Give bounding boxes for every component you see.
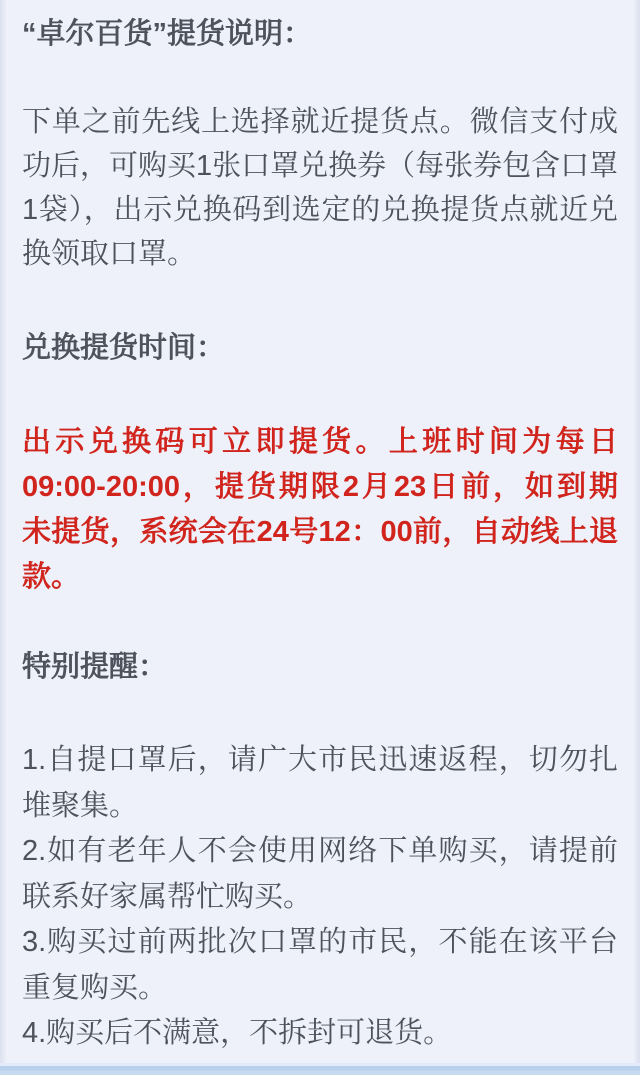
intro-paragraph: 下单之前先线上选择就近提货点。微信支付成 功后，可购买1张口罩兑换券（每张券包含… [22,100,618,276]
special-notes-list: 1.自提口罩后，请广大市民迅速返程，切勿扎 堆聚集。 2.如有老年人不会使用网络… [22,738,618,1057]
highlight-text-line: 未提货，系统会在24号12：00前，自动线上退 [22,510,618,555]
highlight-text-line: 款。 [22,555,618,600]
bottom-divider [0,1063,640,1075]
highlight-text-line: 出示兑换码可立即提货。上班时间为每日 [22,420,618,465]
text-line: 换领取口罩。 [22,232,618,276]
note-item-1: 1.自提口罩后，请广大市民迅速返程，切勿扎 堆聚集。 [22,738,618,829]
page-title: “卓尔百货”提货说明： [22,12,618,56]
highlight-text-line: 09:00-20:00，提货期限2月23日前，如到期 [22,465,618,510]
text-line: 下单之前先线上选择就近提货点。微信支付成 [22,100,618,144]
note-item-4: 4.购买后不满意，不拆封可退货。 [22,1011,618,1057]
text-line: 重复购买。 [22,966,618,1012]
special-notes-heading: 特别提醒： [22,645,618,689]
text-line: 2.如有老年人不会使用网络下单购买，请提前 [22,829,618,875]
text-line: 1.自提口罩后，请广大市民迅速返程，切勿扎 [22,738,618,784]
text-line: 4.购买后不满意，不拆封可退货。 [22,1011,618,1057]
text-line: 功后，可购买1张口罩兑换券（每张券包含口罩 [22,144,618,188]
note-item-2: 2.如有老年人不会使用网络下单购买，请提前 联系好家属帮忙购买。 [22,829,618,920]
text-line: 堆聚集。 [22,784,618,830]
article-body: “卓尔百货”提货说明： 下单之前先线上选择就近提货点。微信支付成 功后，可购买1… [0,0,640,1057]
pickup-time-paragraph: 出示兑换码可立即提货。上班时间为每日 09:00-20:00，提货期限2月23日… [22,420,618,600]
text-line: 联系好家属帮忙购买。 [22,875,618,921]
notice-image: “卓尔百货”提货说明： 下单之前先线上选择就近提货点。微信支付成 功后，可购买1… [0,0,640,1075]
pickup-time-heading: 兑换提货时间： [22,326,618,370]
text-line: 3.购买过前两批次口罩的市民，不能在该平台 [22,920,618,966]
note-item-3: 3.购买过前两批次口罩的市民，不能在该平台 重复购买。 [22,920,618,1011]
text-line: 1袋），出示兑换码到选定的兑换提货点就近兑 [22,188,618,232]
